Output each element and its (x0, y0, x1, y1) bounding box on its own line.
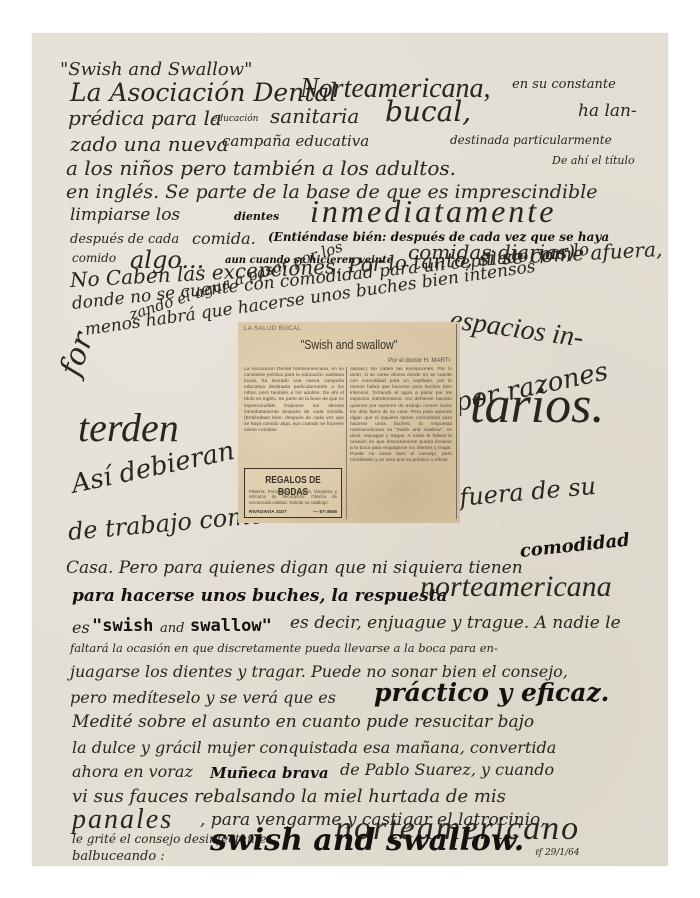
hw-line: panales (72, 806, 173, 834)
hw-line: bucal, (385, 98, 471, 126)
hw-line: a los niños pero también a los adultos. (66, 158, 456, 178)
hw-line: es decir, enjuague y trague. A nadie le (290, 615, 621, 632)
hw-line: de Pablo Suarez, y cuando (340, 762, 554, 778)
hw-line: comido (72, 252, 116, 264)
hw-line: después de cada (70, 233, 179, 246)
hw-line: educación (212, 115, 258, 124)
hw-line: and (160, 622, 184, 635)
ad-body: Platería, Porcelanas, Cristales, lámpara… (249, 489, 337, 505)
hw-line: Muñeca brava (210, 766, 329, 781)
ad-phone: — 87-3946 (313, 510, 337, 515)
hw-line: La Asociación Dental (70, 80, 337, 105)
newspaper-clipping: LA SALUD BUCAL "Swish and swallow" Por e… (238, 322, 460, 523)
ad-footer: RIVADAVIA 3107 — 87-3946 (249, 510, 337, 515)
hw-line: swallow" (190, 618, 272, 635)
hw-line: pero medíteselo y se verá que es (70, 690, 336, 706)
clipping-column-left: La Asociación Dental Norteamericana, en … (244, 367, 344, 451)
hw-line: De ahí el título (552, 155, 635, 166)
clipping-advertisement: REGALOS DE BODAS Platería, Porcelanas, C… (244, 468, 342, 518)
hw-line: "swish (92, 618, 153, 635)
clipping-headline: "Swish and swallow" (258, 337, 440, 352)
hw-line: para hacerse unos buches, la respuesta (72, 588, 448, 605)
hw-line: dientes (234, 211, 279, 222)
hw-line: comida. (192, 231, 256, 247)
ad-address: RIVADAVIA 3107 (249, 510, 287, 515)
artwork-title: "Swish and Swallow" (60, 61, 252, 79)
hw-line: inmediatamente (310, 195, 556, 227)
hw-line: terden (78, 408, 179, 448)
artist-signature: ℓf 29/1/64 (535, 847, 580, 858)
hw-line: limpiarse los (70, 207, 180, 224)
hw-line: la dulce y grácil mujer conquistada esa … (72, 740, 556, 756)
hw-line: campaña educativa (222, 134, 369, 149)
hw-line: zado una nueva (70, 134, 229, 154)
clipping-byline: Por el doctor H. MARTI (388, 358, 450, 364)
hw-line: prédica para la (68, 108, 222, 128)
hw-line: en su constante (512, 78, 616, 91)
hw-line: faltará la ocasión en que discretamente … (70, 643, 498, 655)
clipping-column-divider (346, 367, 347, 519)
hw-line: Medité sobre el asunto en cuanto pude re… (72, 714, 534, 731)
clipping-section: LA SALUD BUCAL (244, 326, 301, 332)
hw-line: sanitaria (270, 106, 359, 126)
hw-line: ahora en voraz (72, 764, 193, 780)
hw-line: norteamericana (420, 572, 612, 602)
hw-line: swish and swallow. (210, 826, 524, 856)
hw-line: práctico y eficaz. (374, 680, 609, 705)
clipping-divider (456, 324, 457, 519)
hw-line: balbuceando : (72, 850, 165, 863)
hw-line: destinada particularmente (450, 134, 612, 146)
hw-line: es (72, 620, 90, 636)
hw-line: ha lan- (578, 103, 637, 120)
clipping-column-right: diarias.) No caben las excepciones. Por … (350, 367, 452, 517)
